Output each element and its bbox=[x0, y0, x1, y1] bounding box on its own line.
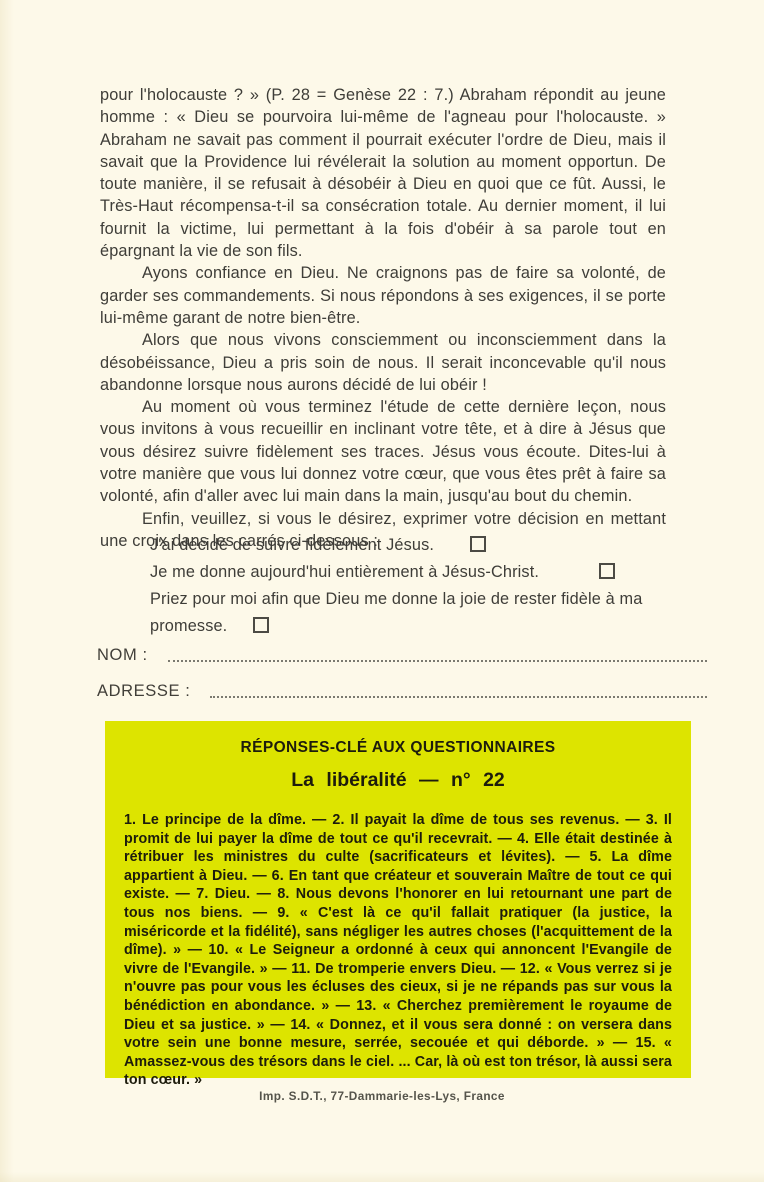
answers-box-subtitle: La libéralité — n° 22 bbox=[124, 769, 672, 792]
body-paragraph: pour l'holocauste ? » (P. 28 = Genèse 22… bbox=[100, 84, 666, 262]
adresse-label: ADRESSE : bbox=[97, 682, 190, 701]
form-lines: NOM : ADRESSE : bbox=[97, 642, 707, 714]
answers-box-body: 1. Le principe de la dîme. — 2. Il payai… bbox=[124, 811, 672, 1090]
body-paragraph: Au moment où vous terminez l'étude de ce… bbox=[100, 396, 666, 507]
decision-item: Je me donne aujourd'hui entièrement à Jé… bbox=[150, 559, 666, 586]
decision-item-label: Je me donne aujourd'hui entièrement à Jé… bbox=[150, 563, 539, 581]
decision-checkbox[interactable] bbox=[253, 617, 269, 633]
body-paragraph: Ayons confiance en Dieu. Ne craignons pa… bbox=[100, 262, 666, 329]
decision-list: J'ai décidé de suivre fidèlement Jésus. … bbox=[150, 532, 666, 640]
decision-item: Priez pour moi afin que Dieu me donne la… bbox=[150, 586, 666, 640]
form-nom-row: NOM : bbox=[97, 642, 707, 665]
imprint-footer: Imp. S.D.T., 77-Dammarie-les-Lys, France bbox=[0, 1089, 764, 1103]
form-adresse-row: ADRESSE : bbox=[97, 678, 707, 701]
nom-label: NOM : bbox=[97, 646, 148, 665]
decision-checkbox[interactable] bbox=[470, 536, 486, 552]
decision-item: J'ai décidé de suivre fidèlement Jésus. bbox=[150, 532, 666, 559]
nom-input-line[interactable] bbox=[168, 660, 707, 662]
body-paragraph: Alors que nous vivons consciemment ou in… bbox=[100, 329, 666, 396]
answers-box: RÉPONSES-CLÉ AUX QUESTIONNAIRES La libér… bbox=[105, 721, 691, 1078]
adresse-input-line[interactable] bbox=[210, 696, 707, 698]
answers-box-title: RÉPONSES-CLÉ AUX QUESTIONNAIRES bbox=[124, 739, 672, 757]
decision-item-label: Priez pour moi afin que Dieu me donne la… bbox=[150, 590, 642, 635]
decision-checkbox[interactable] bbox=[599, 563, 615, 579]
body-text: pour l'holocauste ? » (P. 28 = Genèse 22… bbox=[100, 84, 666, 552]
decision-item-label: J'ai décidé de suivre fidèlement Jésus. bbox=[150, 536, 434, 554]
